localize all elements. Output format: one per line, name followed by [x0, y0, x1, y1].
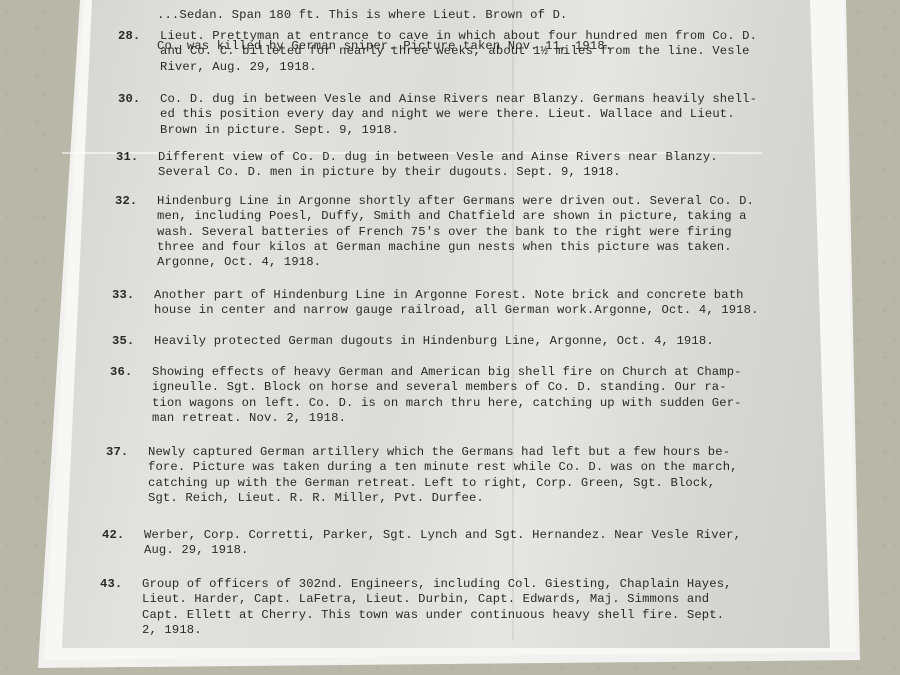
document-text: ...Sedan. Span 180 ft. This is where Lie…: [0, 0, 900, 675]
entry-number: 30.: [118, 92, 160, 138]
caption-entry: 35. Heavily protected German dugouts in …: [112, 334, 714, 349]
entry-text: Showing effects of heavy German and Amer…: [152, 365, 742, 426]
caption-entry: 33. Another part of Hindenburg Line in A…: [112, 288, 759, 319]
entry-number: 42.: [102, 528, 144, 559]
caption-entry: 30. Co. D. dug in between Vesle and Ains…: [118, 92, 757, 138]
entry-text: Heavily protected German dugouts in Hind…: [154, 334, 714, 349]
caption-entry: 36. Showing effects of heavy German and …: [110, 365, 742, 426]
entry-text: Werber, Corp. Corretti, Parker, Sgt. Lyn…: [144, 528, 741, 559]
entry-number: 28.: [118, 29, 160, 75]
caption-entry: 28. Lieut. Prettyman at entrance to cave…: [118, 29, 757, 75]
entry-text: Lieut. Prettyman at entrance to cave in …: [160, 29, 757, 75]
entry-text: Group of officers of 302nd. Engineers, i…: [142, 577, 732, 638]
caption-entry: 37. Newly captured German artillery whic…: [106, 445, 738, 506]
entry-number: 36.: [110, 365, 152, 426]
entry-text: Newly captured German artillery which th…: [148, 445, 738, 506]
entry-text: Different view of Co. D. dug in between …: [158, 150, 718, 181]
caption-entry: 32. Hindenburg Line in Argonne shortly a…: [115, 194, 754, 270]
entry-number: 43.: [100, 577, 142, 638]
entry-number: 37.: [106, 445, 148, 506]
entry-number: 32.: [115, 194, 157, 270]
caption-entry: 43. Group of officers of 302nd. Engineer…: [100, 577, 732, 638]
entry-text: Another part of Hindenburg Line in Argon…: [154, 288, 759, 319]
entry-number: 33.: [112, 288, 154, 319]
entry-text: Hindenburg Line in Argonne shortly after…: [157, 194, 754, 270]
entry-number: 35.: [112, 334, 154, 349]
entry-number: 31.: [116, 150, 158, 181]
caption-entry: 42. Werber, Corp. Corretti, Parker, Sgt.…: [102, 528, 741, 559]
entry-text: Co. D. dug in between Vesle and Ainse Ri…: [160, 92, 757, 138]
caption-entry: 31. Different view of Co. D. dug in betw…: [116, 150, 718, 181]
